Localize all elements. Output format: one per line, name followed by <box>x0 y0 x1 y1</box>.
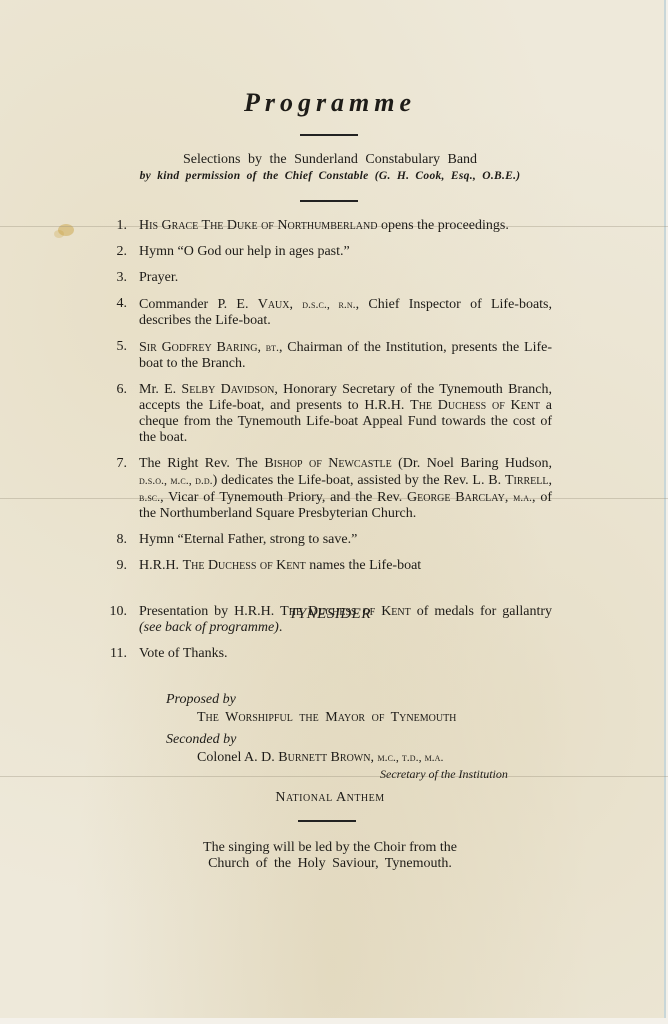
item-text: Prayer. <box>139 270 552 286</box>
item-number: 5. <box>104 339 139 372</box>
list-item: 9. H.R.H. The Duchess of Kent names the … <box>104 558 552 574</box>
closing-line-2: Church of the Holy Saviour, Tynemouth. <box>0 856 660 872</box>
list-item: 5. Sir Godfrey Baring, bt., Chairman of … <box>104 339 552 372</box>
divider <box>300 134 358 136</box>
list-item: 6. Mr. E. Selby Davidson, Honorary Secre… <box>104 382 552 446</box>
closing-line-1: The singing will be led by the Choir fro… <box>0 840 660 856</box>
fold-crease <box>0 776 668 777</box>
item-text: The Right Rev. The Bishop of Newcastle (… <box>139 456 552 522</box>
item-number: 6. <box>104 382 139 446</box>
item-number: 1. <box>104 218 139 234</box>
band-permission: by kind permission of the Chief Constabl… <box>0 170 660 182</box>
seconded-label: Seconded by <box>166 732 236 748</box>
item-text: H.R.H. The Duchess of Kent names the Lif… <box>139 558 552 574</box>
item-number: 9. <box>104 558 139 574</box>
divider <box>300 200 358 202</box>
item-text: His Grace The Duke of Northumberland ope… <box>139 218 552 234</box>
item-text: Hymn “O God our help in ages past.” <box>139 244 552 260</box>
seconder: Colonel A. D. Burnett Brown, m.c., t.d.,… <box>197 750 443 766</box>
item-text: Vote of Thanks. <box>139 646 552 662</box>
item-number: 7. <box>104 456 139 522</box>
list-item: 2. Hymn “O God our help in ages past.” <box>104 244 552 260</box>
list-item: 7. The Right Rev. The Bishop of Newcastl… <box>104 456 552 522</box>
lifeboat-name: TYNESIDER <box>0 606 660 623</box>
list-item: 4. Commander P. E. Vaux, d.s.c., r.n., C… <box>104 296 552 329</box>
proposer: The Worshipful the Mayor of Tynemouth <box>197 710 456 726</box>
closing-note: The singing will be led by the Choir fro… <box>0 840 660 872</box>
list-item: 1. His Grace The Duke of Northumberland … <box>104 218 552 234</box>
item-number: 8. <box>104 532 139 548</box>
page-title: Programme <box>0 88 660 118</box>
national-anthem: National Anthem <box>0 790 660 806</box>
item-number: 11. <box>104 646 139 662</box>
proposed-label: Proposed by <box>166 692 236 708</box>
item-text: Mr. E. Selby Davidson, Honorary Secretar… <box>139 382 552 446</box>
programme-page: Programme Selections by the Sunderland C… <box>0 0 666 1018</box>
programme-list: 1. His Grace The Duke of Northumberland … <box>104 218 552 672</box>
item-text: Sir Godfrey Baring, bt., Chairman of the… <box>139 339 552 372</box>
divider <box>298 820 356 822</box>
item-text: Commander P. E. Vaux, d.s.c., r.n., Chie… <box>139 296 552 329</box>
item-number: 3. <box>104 270 139 286</box>
list-item: 8. Hymn “Eternal Father, strong to save.… <box>104 532 552 548</box>
list-item: 3. Prayer. <box>104 270 552 286</box>
band-line: Selections by the Sunderland Constabular… <box>0 152 660 168</box>
item-number: 4. <box>104 296 139 329</box>
list-item: 11. Vote of Thanks. <box>104 646 552 662</box>
paper-stain <box>54 230 64 238</box>
item-text: Hymn “Eternal Father, strong to save.” <box>139 532 552 548</box>
seconder-role: Secretary of the Institution <box>380 767 508 782</box>
item-number: 2. <box>104 244 139 260</box>
